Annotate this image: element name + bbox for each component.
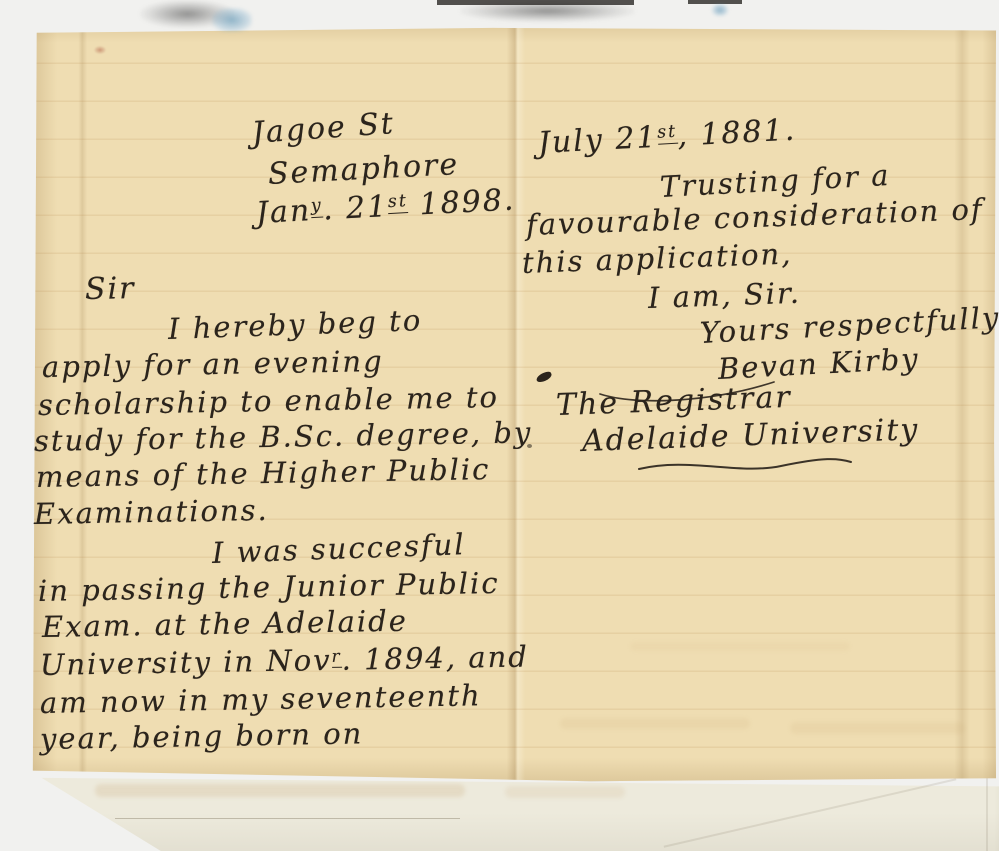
scanner-smudge [437, 0, 634, 5]
scanner-smudge [688, 0, 742, 4]
blue-smudge [212, 8, 252, 32]
scanner-smudge [460, 0, 635, 22]
letter-sheet [28, 26, 997, 782]
scanned-letter: { "document_kind": "handwritten letter, … [0, 0, 999, 851]
blue-smudge [712, 4, 728, 16]
scanner-smudge [140, 0, 235, 28]
